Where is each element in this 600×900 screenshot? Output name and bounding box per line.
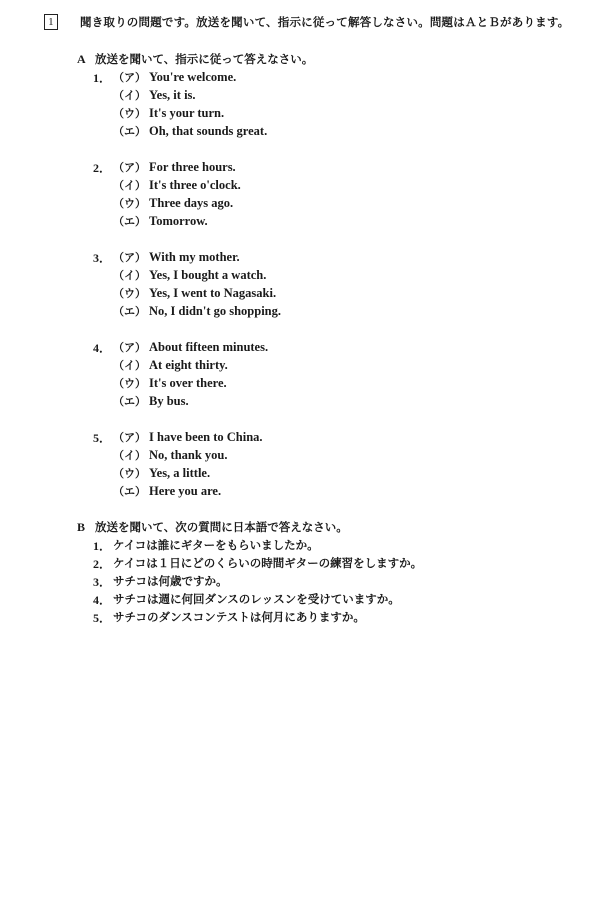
- question-text: ケイコは誰にギターをもらいましたか。: [113, 537, 319, 553]
- problem-header: 1 聞き取りの問題です。放送を聞いて、指示に従って解答しなさい。問題はＡとＢがあ…: [44, 14, 569, 30]
- option-label: （イ）: [113, 447, 149, 463]
- question-b1: 1． ケイコは誰にギターをもらいましたか。: [93, 536, 422, 554]
- exam-page: 1 聞き取りの問題です。放送を聞いて、指示に従って解答しなさい。問題はＡとＢがあ…: [0, 0, 600, 900]
- section-a: A 放送を聞いて、指示に従って答えなさい。 1． （ア） You're welc…: [77, 50, 313, 518]
- question-b5: 5． サチコのダンスコンテストは何月にありますか。: [93, 608, 422, 626]
- option-label: （ウ）: [113, 375, 149, 391]
- option-a1-a: 1． （ア） You're welcome.: [93, 68, 313, 86]
- question-number: 5．: [93, 609, 113, 626]
- option-text: No, thank you.: [149, 448, 228, 463]
- option-a2-a: 2． （ア） For three hours.: [93, 158, 313, 176]
- option-text: Three days ago.: [149, 196, 233, 211]
- question-b3: 3． サチコは何歳ですか。: [93, 572, 422, 590]
- option-a3-a: 3． （ア） With my mother.: [93, 248, 313, 266]
- option-text: It's over there.: [149, 376, 227, 391]
- option-a2-e: （エ） Tomorrow.: [93, 212, 313, 230]
- option-a4-a: 4． （ア） About fifteen minutes.: [93, 338, 313, 356]
- option-label: （ウ）: [113, 285, 149, 301]
- question-text: サチコは週に何回ダンスのレッスンを受けていますか。: [113, 591, 400, 607]
- option-text: At eight thirty.: [149, 358, 228, 373]
- question-text: ケイコは１日にどのくらいの時間ギターの練習をしますか。: [113, 555, 422, 571]
- option-label: （ウ）: [113, 105, 149, 121]
- option-a4-e: （エ） By bus.: [93, 392, 313, 410]
- section-b-heading: B 放送を聞いて、次の質問に日本語で答えなさい。: [77, 518, 422, 536]
- question-b2: 2． ケイコは１日にどのくらいの時間ギターの練習をしますか。: [93, 554, 422, 572]
- question-b4: 4． サチコは週に何回ダンスのレッスンを受けていますか。: [93, 590, 422, 608]
- question-a5: 5． （ア） I have been to China. （イ） No, tha…: [93, 428, 313, 500]
- question-number: 3．: [93, 249, 113, 266]
- option-label: （イ）: [113, 267, 149, 283]
- option-label: （ア）: [113, 339, 149, 355]
- question-a4: 4． （ア） About fifteen minutes. （イ） At eig…: [93, 338, 313, 410]
- question-number: 2．: [93, 555, 113, 572]
- question-number: 4．: [93, 591, 113, 608]
- section-b-questions: 1． ケイコは誰にギターをもらいましたか。 2． ケイコは１日にどのくらいの時間…: [93, 536, 422, 626]
- option-label: （ウ）: [113, 195, 149, 211]
- option-text: Yes, I bought a watch.: [149, 268, 266, 283]
- option-text: Tomorrow.: [149, 214, 208, 229]
- option-label: （エ）: [113, 123, 149, 139]
- option-text: Yes, I went to Nagasaki.: [149, 286, 276, 301]
- option-a3-i: （イ） Yes, I bought a watch.: [93, 266, 313, 284]
- option-label: （エ）: [113, 483, 149, 499]
- option-a5-u: （ウ） Yes, a little.: [93, 464, 313, 482]
- question-a2: 2． （ア） For three hours. （イ） It's three o…: [93, 158, 313, 230]
- option-a3-e: （エ） No, I didn't go shopping.: [93, 302, 313, 320]
- option-a5-a: 5． （ア） I have been to China.: [93, 428, 313, 446]
- option-a1-e: （エ） Oh, that sounds great.: [93, 122, 313, 140]
- question-a1: 1． （ア） You're welcome. （イ） Yes, it is. （…: [93, 68, 313, 140]
- option-a5-e: （エ） Here you are.: [93, 482, 313, 500]
- question-number: 1．: [93, 537, 113, 554]
- option-label: （イ）: [113, 357, 149, 373]
- option-a4-i: （イ） At eight thirty.: [93, 356, 313, 374]
- section-a-instruction: 放送を聞いて、指示に従って答えなさい。: [95, 51, 313, 67]
- section-b: B 放送を聞いて、次の質問に日本語で答えなさい。 1． ケイコは誰にギターをもら…: [77, 518, 422, 626]
- option-label: （ウ）: [113, 465, 149, 481]
- option-text: About fifteen minutes.: [149, 340, 268, 355]
- option-text: I have been to China.: [149, 430, 263, 445]
- question-text: サチコのダンスコンテストは何月にありますか。: [113, 609, 365, 625]
- question-number: 2．: [93, 159, 113, 176]
- option-label: （エ）: [113, 393, 149, 409]
- option-label: （イ）: [113, 87, 149, 103]
- option-label: （ア）: [113, 159, 149, 175]
- option-text: Yes, it is.: [149, 88, 196, 103]
- question-number: 1．: [93, 69, 113, 86]
- option-a2-i: （イ） It's three o'clock.: [93, 176, 313, 194]
- question-text: サチコは何歳ですか。: [113, 573, 228, 589]
- option-text: With my mother.: [149, 250, 240, 265]
- option-label: （ア）: [113, 249, 149, 265]
- option-text: No, I didn't go shopping.: [149, 304, 281, 319]
- question-number-box: 1: [44, 14, 58, 30]
- option-text: For three hours.: [149, 160, 236, 175]
- option-text: It's your turn.: [149, 106, 224, 121]
- option-a1-u: （ウ） It's your turn.: [93, 104, 313, 122]
- option-label: （エ）: [113, 213, 149, 229]
- option-label: （イ）: [113, 177, 149, 193]
- option-text: Here you are.: [149, 484, 221, 499]
- option-text: It's three o'clock.: [149, 178, 241, 193]
- option-a4-u: （ウ） It's over there.: [93, 374, 313, 392]
- section-b-instruction: 放送を聞いて、次の質問に日本語で答えなさい。: [95, 519, 348, 535]
- option-a5-i: （イ） No, thank you.: [93, 446, 313, 464]
- section-a-heading: A 放送を聞いて、指示に従って答えなさい。: [77, 50, 313, 68]
- section-a-letter: A: [77, 52, 95, 67]
- option-text: Oh, that sounds great.: [149, 124, 267, 139]
- option-label: （ア）: [113, 69, 149, 85]
- option-text: Yes, a little.: [149, 466, 210, 481]
- option-label: （ア）: [113, 429, 149, 445]
- problem-instruction: 聞き取りの問題です。放送を聞いて、指示に従って解答しなさい。問題はＡとＢがありま…: [80, 14, 569, 30]
- option-a3-u: （ウ） Yes, I went to Nagasaki.: [93, 284, 313, 302]
- option-text: By bus.: [149, 394, 189, 409]
- option-a1-i: （イ） Yes, it is.: [93, 86, 313, 104]
- section-b-letter: B: [77, 520, 95, 535]
- option-text: You're welcome.: [149, 70, 236, 85]
- question-number: 3．: [93, 573, 113, 590]
- option-a2-u: （ウ） Three days ago.: [93, 194, 313, 212]
- question-number: 4．: [93, 339, 113, 356]
- question-a3: 3． （ア） With my mother. （イ） Yes, I bought…: [93, 248, 313, 320]
- option-label: （エ）: [113, 303, 149, 319]
- question-number: 5．: [93, 429, 113, 446]
